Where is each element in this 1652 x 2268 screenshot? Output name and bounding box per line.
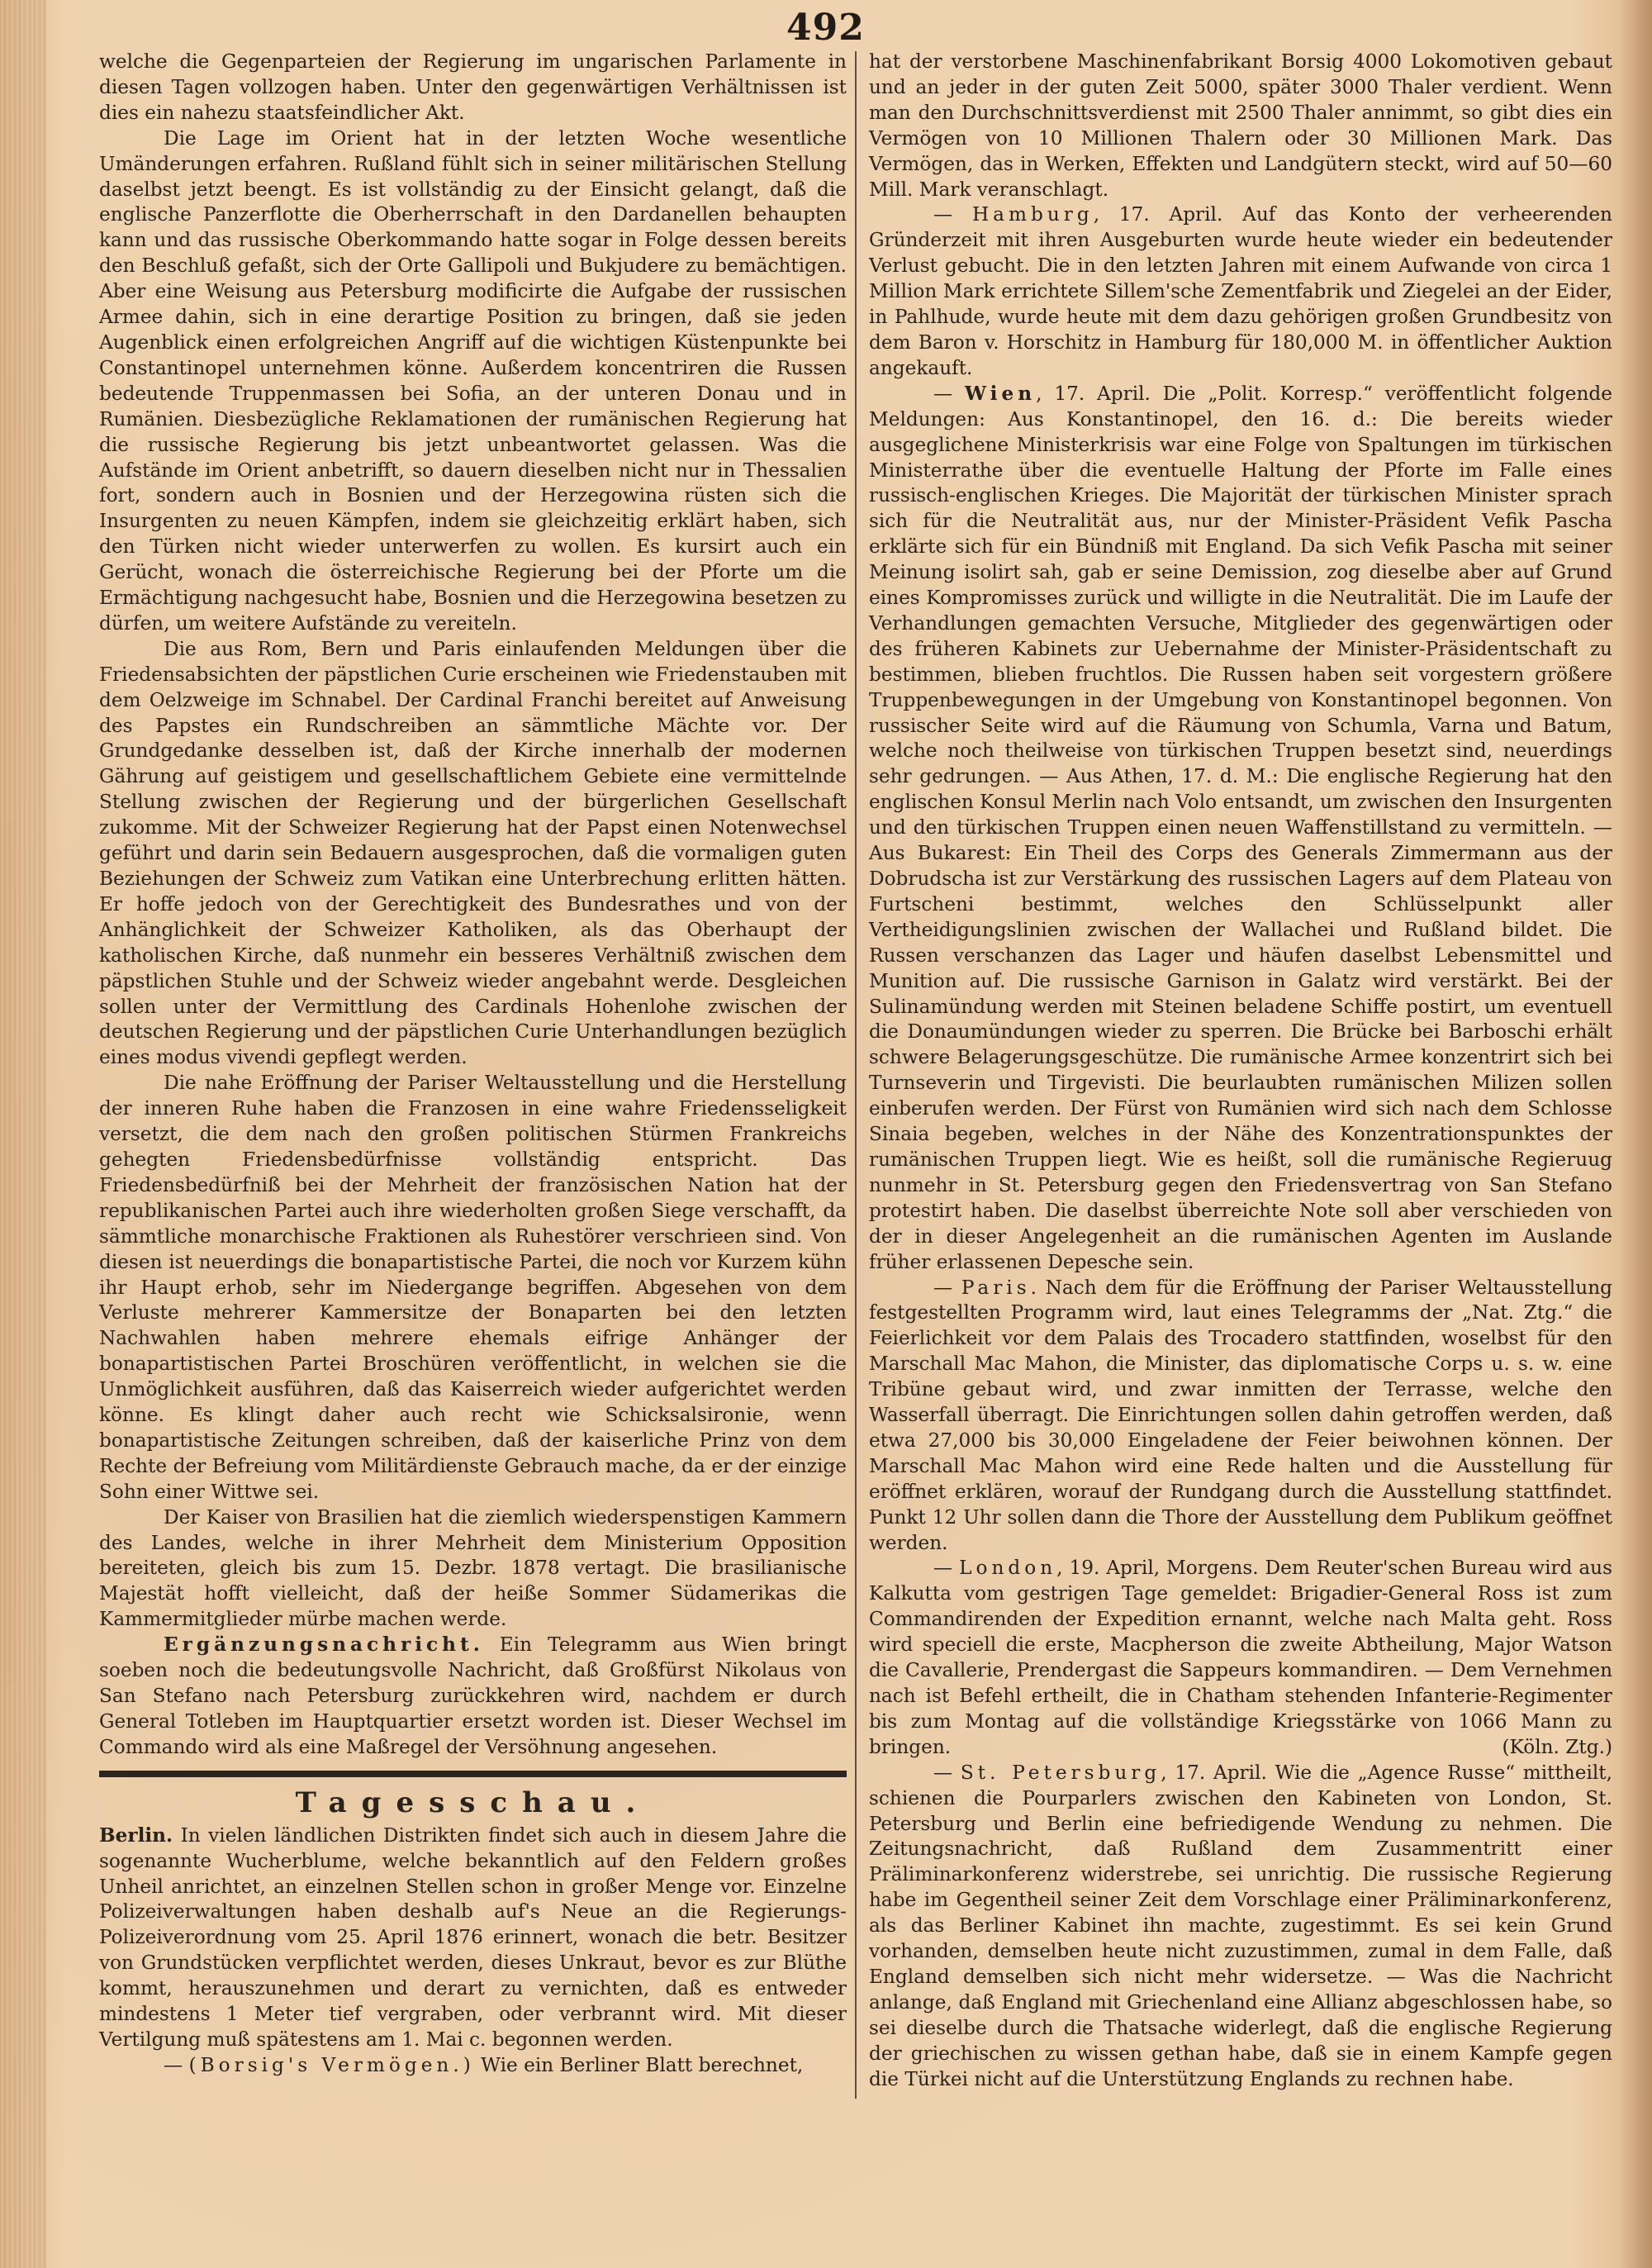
dash: — (933, 1762, 961, 1784)
berlin-label: Berlin. (99, 1824, 173, 1847)
dispatch-london: — London, 19. April, Morgens. Dem Reuter… (869, 1556, 1612, 1760)
dispatch-source: (Köln. Ztg.) (1438, 1735, 1613, 1761)
dispatch-dateline: . (1031, 1277, 1037, 1299)
paragraph-borsig-fortune: — (Borsig's Vermögen.) Wie ein Berliner … (99, 2053, 847, 2079)
newspaper-page: 492 welche die Gegenparteien der Regieru… (0, 0, 1652, 2268)
section-divider-rule (99, 1771, 847, 1777)
borsig-text: Wie ein Berliner Blatt berechnet, (475, 2054, 803, 2076)
page-shadow-edge (1619, 0, 1652, 2268)
section-heading-tagesschau: Tagesschau. (99, 1784, 847, 1822)
paragraph-borsig-continued: hat der verstorbene Maschinenfabrikant B… (869, 50, 1612, 202)
dash: — (933, 1557, 959, 1579)
paragraph-paris-exhibition-france: Die nahe Eröffnung der Pariser Weltausst… (99, 1071, 847, 1505)
paragraph-brazil-emperor: Der Kaiser von Brasilien hat die ziemlic… (99, 1505, 847, 1633)
page-stack-edge (0, 0, 46, 2268)
dispatch-place: St. Petersburg (961, 1762, 1161, 1784)
dispatch-place: Paris (961, 1277, 1031, 1299)
dispatch-text: Die „Polit. Korresp.“ veröffentlicht fol… (869, 383, 1612, 1273)
dispatch-wien: — Wien, 17. April. Die „Polit. Korresp.“… (869, 382, 1612, 1276)
left-column: welche die Gegenparteien der Regierung i… (99, 50, 847, 2079)
dispatch-text: Nach dem für die Eröffnung der Pariser W… (869, 1277, 1612, 1554)
dash: — (933, 383, 965, 405)
dispatch-place: London (959, 1557, 1056, 1579)
paragraph-papal-curia: Die aus Rom, Bern und Paris einlaufenden… (99, 637, 847, 1071)
dispatch-text: Wie die „Agence Russe“ mittheilt, schien… (869, 1762, 1612, 2090)
dash: — (933, 1277, 961, 1299)
dispatch-paris: — Paris. Nach dem für die Eröffnung der … (869, 1276, 1612, 1557)
dispatch-text: Dem Reuter'schen Bureau wird aus Kalkutt… (869, 1557, 1612, 1757)
paragraph-hungarian-parliament: welche die Gegenparteien der Regierung i… (99, 50, 847, 126)
dispatch-dateline: , 17. April. (1094, 203, 1223, 226)
supplement-label: Ergänzungsnachricht. (164, 1633, 484, 1656)
dash: — (164, 2054, 189, 2076)
borsig-label: (Borsig's Vermögen.) (189, 2054, 475, 2076)
berlin-text: In vielen ländlichen Distrikten findet s… (99, 1824, 847, 2051)
page-number: 492 (786, 7, 865, 49)
dash: — (933, 203, 972, 226)
dispatch-dateline: , 17. April. (1161, 1762, 1267, 1784)
column-divider (855, 51, 857, 2099)
dispatch-dateline: , 17. April. (1036, 383, 1151, 405)
dispatch-hamburg: — Hamburg, 17. April. Auf das Konto der … (869, 202, 1612, 381)
paragraph-supplement-news: Ergänzungsnachricht. Ein Telegramm aus W… (99, 1633, 847, 1761)
paragraph-orient-situation: Die Lage im Orient hat in der letzten Wo… (99, 126, 847, 637)
paragraph-berlin-weeds: Berlin. In vielen ländlichen Distrikten … (99, 1823, 847, 2053)
dispatch-place: Wien (965, 383, 1036, 405)
dispatch-dateline: , 19. April, Morgens. (1056, 1557, 1258, 1579)
dispatch-st-petersburg: — St. Petersburg, 17. April. Wie die „Ag… (869, 1761, 1612, 2093)
blank-paper-margin (50, 2115, 1619, 2268)
dispatch-place: Hamburg (972, 203, 1094, 226)
dispatch-text: Auf das Konto der verheerenden Gründerze… (869, 203, 1612, 378)
right-column: hat der verstorbene Maschinenfabrikant B… (869, 50, 1612, 2093)
